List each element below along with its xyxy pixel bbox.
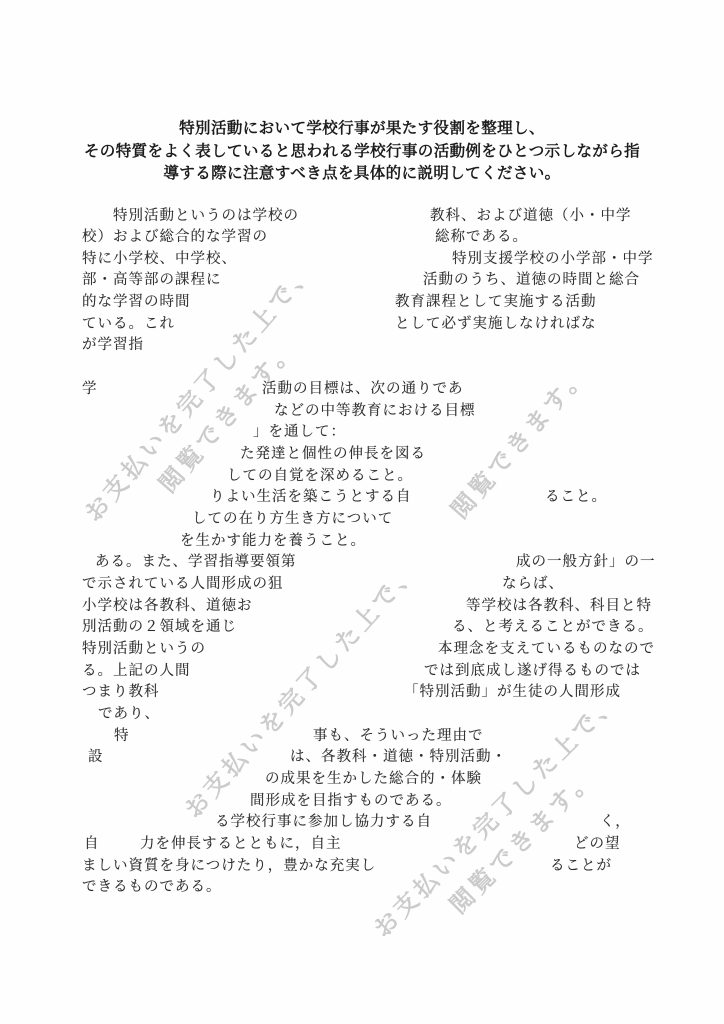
text-fragment: などの中等教育における目標	[274, 402, 476, 420]
text-fragment: 成の一般方針」の一	[516, 553, 656, 571]
text-fragment: で示されている人間形成の狙	[82, 575, 284, 593]
text-fragment: 」を通して：	[253, 423, 346, 441]
text-fragment: 自	[84, 835, 100, 853]
title-line: 導する際に注意すべき点を具体的に説明してください。	[62, 163, 662, 186]
text-fragment: として必ず実施しなければな	[395, 315, 597, 333]
text-fragment: 特別活動というのは学校の	[113, 207, 299, 225]
text-fragment: 設	[88, 748, 104, 766]
text-fragment: しての自覚を深めること。	[227, 467, 413, 485]
text-fragment: では到底成し遂げ得るものでは	[424, 662, 641, 680]
text-fragment: ることが	[550, 857, 612, 875]
text-fragment: 部・高等部の課程に	[82, 271, 222, 289]
text-fragment: 校）および総合的な学習の	[82, 228, 268, 246]
text-fragment: る学校行事に参加し協力する自	[215, 813, 432, 831]
text-fragment: 力を伸長するとともに，自主	[140, 835, 342, 853]
text-fragment: 活動の目標は、次の通りであ	[262, 380, 464, 398]
title-line: 特別活動において学校行事が果たす役割を整理し、	[62, 118, 662, 141]
text-fragment: 特	[114, 727, 130, 745]
text-fragment: 教科、および道徳（小・中学	[430, 207, 632, 225]
text-fragment: が学習指	[82, 336, 144, 354]
title-line: その特質をよく表していると思われる学校行事の活動例をひとつ示しながら指	[62, 141, 662, 164]
text-fragment: 的な学習の時間	[82, 293, 191, 311]
text-fragment: る。上記の人間	[82, 662, 191, 680]
text-fragment: 本理念を支えているものなので	[438, 640, 655, 658]
text-fragment: できるものである。	[82, 878, 222, 896]
text-fragment: 「特別活動」が生徒の人間形成	[404, 683, 621, 701]
text-fragment: く，	[600, 813, 631, 831]
text-fragment: ること。	[545, 488, 607, 506]
text-fragment: 小学校は各教科、道徳お	[82, 597, 253, 615]
text-fragment: を生かす能力を養うこと。	[180, 532, 366, 550]
text-fragment: 活動のうち、道徳の時間と総合	[423, 271, 640, 289]
text-fragment: どの望	[574, 835, 621, 853]
text-fragment: は、各教科・道徳・特別活動・	[290, 748, 507, 766]
text-fragment: 教育課程として実施する活動	[395, 293, 597, 311]
text-fragment: ている。これ	[82, 315, 175, 333]
text-fragment: の成果を生かした総合的・体験	[265, 770, 482, 788]
text-fragment: 事も、そういった理由で	[313, 727, 484, 745]
text-fragment: ある。また、学習指導要領第	[95, 553, 297, 571]
document-page: お支払いを完了した上で、閲覧できます。閲覧できます。お支払いを完了した上で、お支…	[0, 0, 724, 1024]
document-title: 特別活動において学校行事が果たす役割を整理し、 その特質をよく表していると思われ…	[62, 118, 662, 186]
text-fragment: つまり教科	[82, 683, 160, 701]
text-fragment: 総称である。	[435, 228, 528, 246]
text-fragment: 特別活動というの	[82, 640, 206, 658]
text-fragment: る、と考えることができる。	[452, 618, 654, 636]
text-fragment: 別活動の２領域を通じ	[82, 618, 237, 636]
text-fragment: しての在り方生き方について	[192, 510, 393, 528]
text-fragment: ならば、	[502, 575, 564, 593]
text-fragment: 学	[82, 380, 98, 398]
text-fragment: りよい生活を築こうとする自	[210, 488, 412, 506]
text-fragment: 間形成を目指すものである。	[250, 792, 452, 810]
text-fragment: ましい資質を身につけたり，豊かな充実し	[82, 857, 376, 875]
text-fragment: 特別支援学校の小学部・中学	[452, 250, 654, 268]
text-fragment: 等学校は各教科、科目と特	[466, 597, 652, 615]
text-fragment: た発達と個性の伸長を図る	[240, 445, 426, 463]
text-fragment: 特に小学校、中学校、	[82, 250, 237, 268]
text-fragment: であり、	[98, 705, 160, 723]
